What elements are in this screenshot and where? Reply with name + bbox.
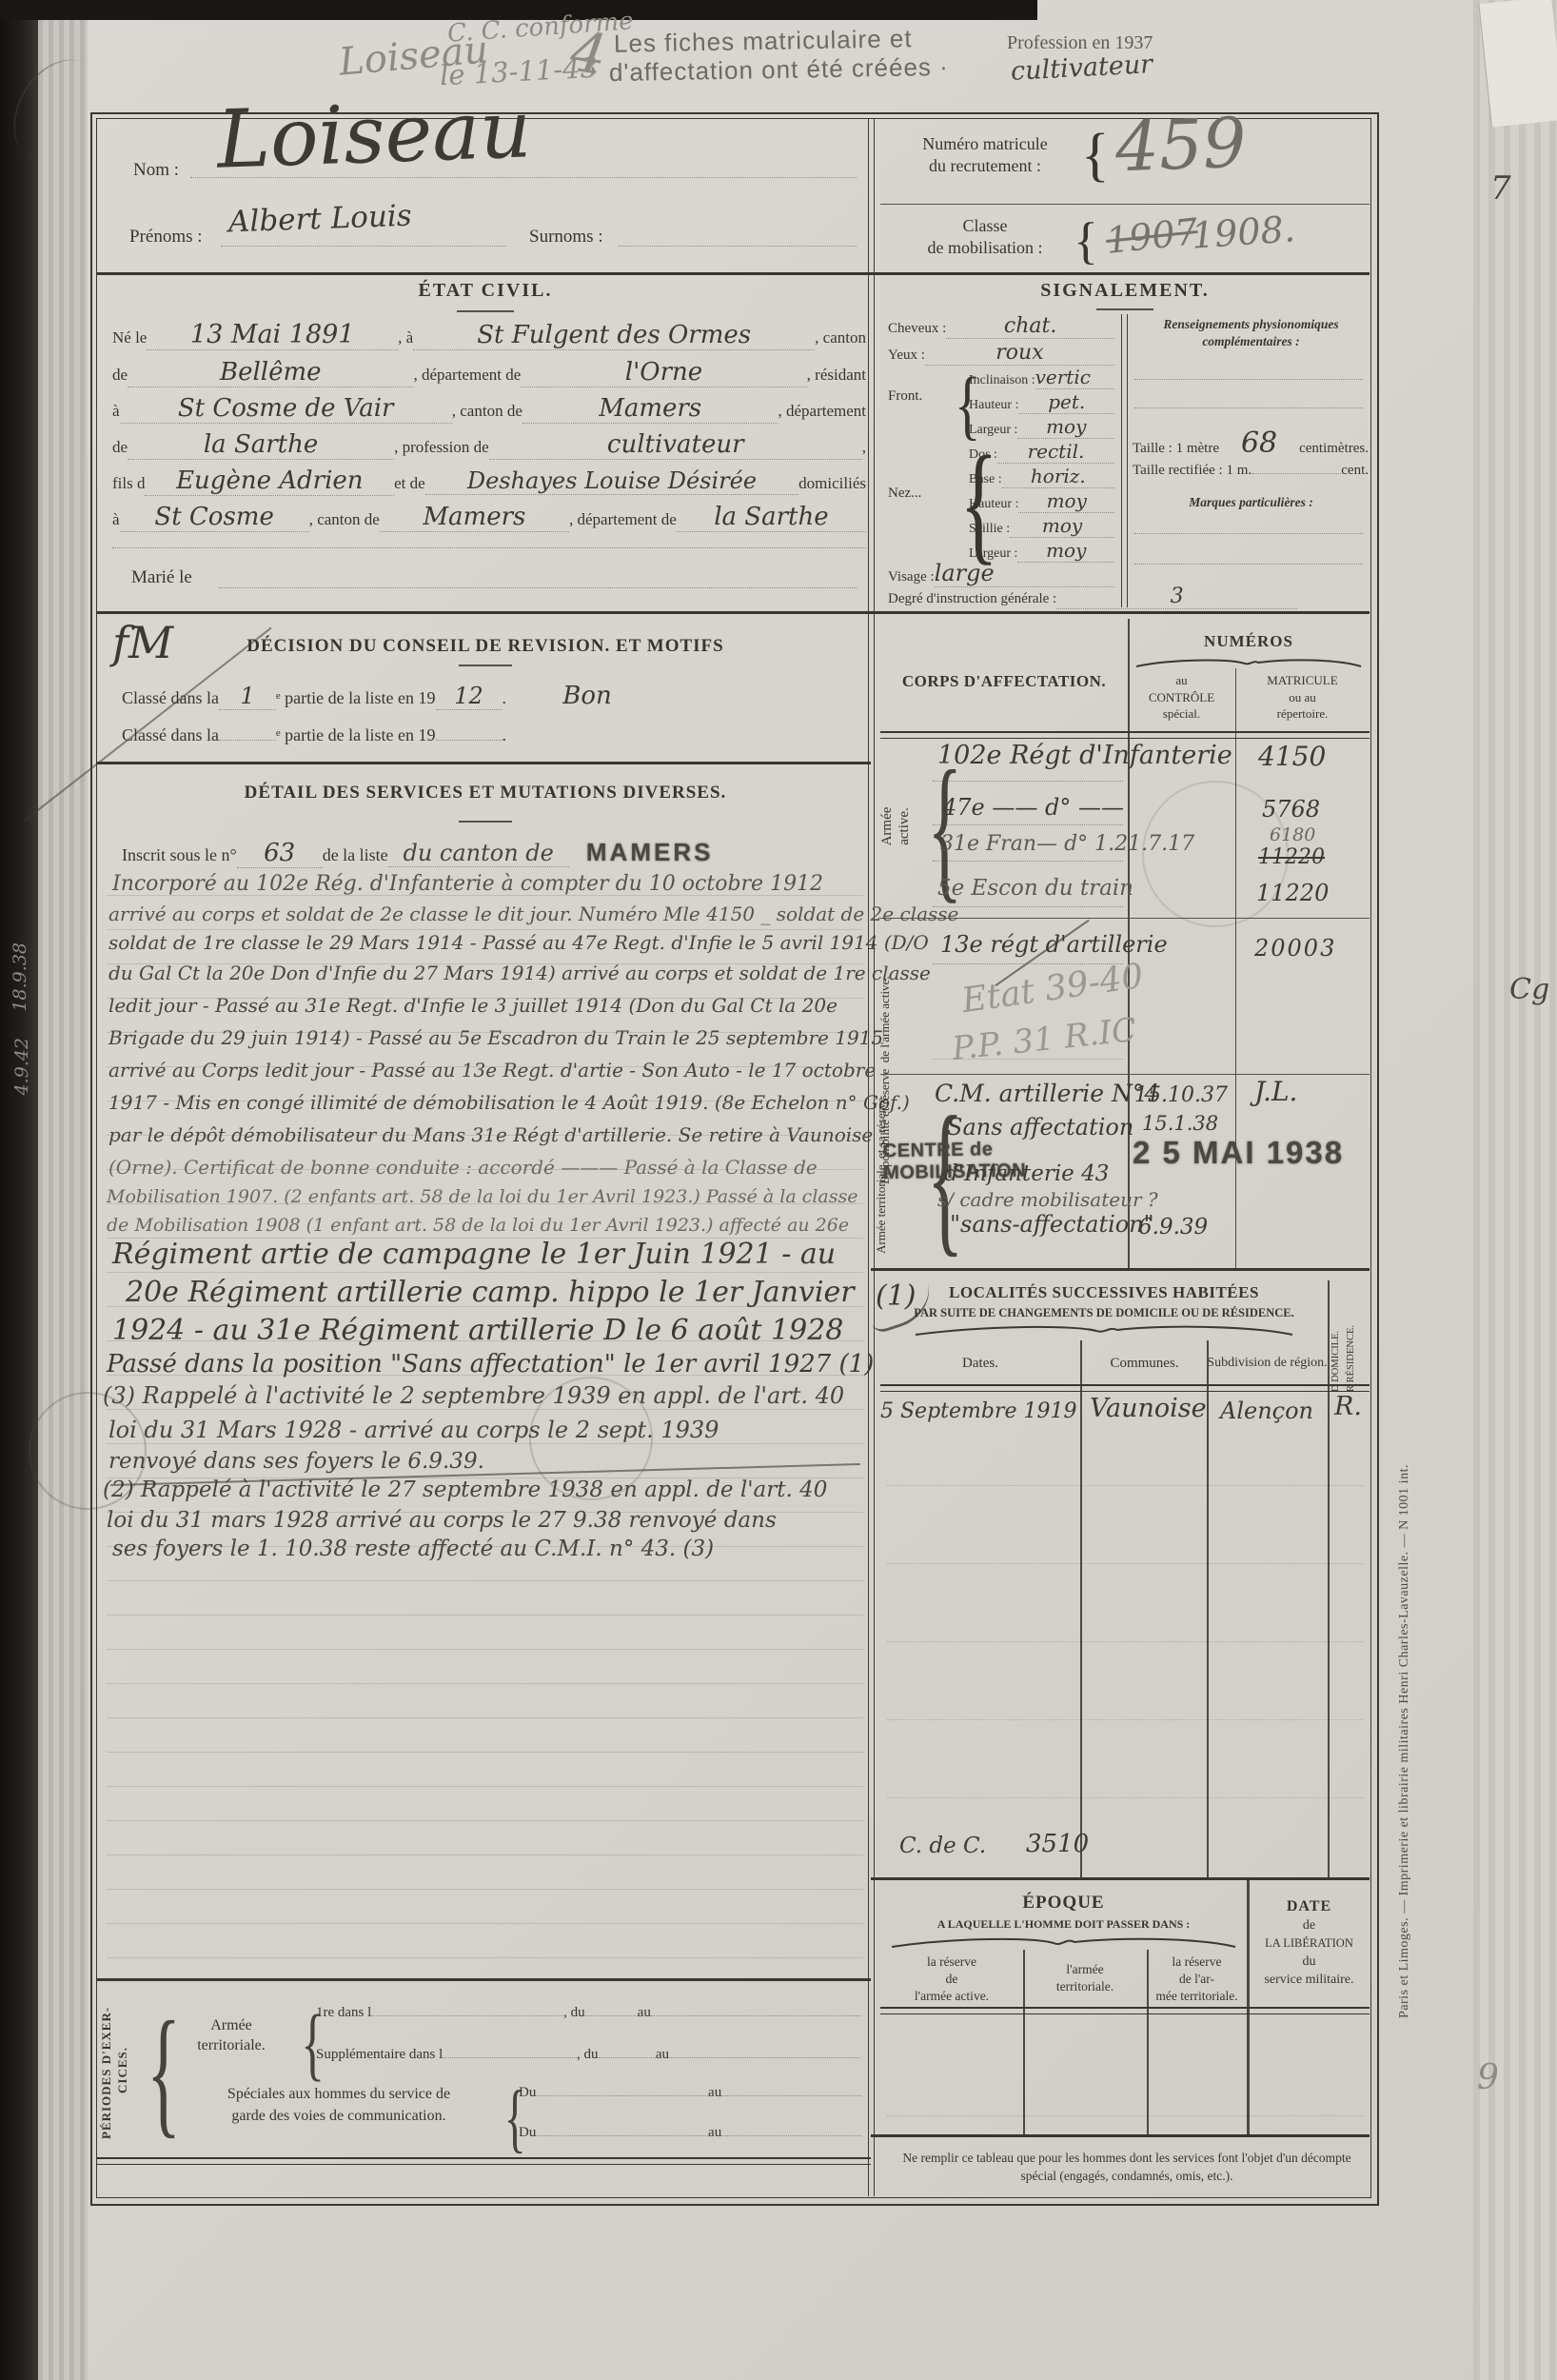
paper-corner [1478,0,1557,128]
blank [721,2135,861,2136]
dotted-line [1134,407,1363,408]
service-line: 1924 - au 31e Régiment artillerie D le 6… [112,1314,864,1347]
dotted-line [933,781,1123,782]
dotted-line [190,177,857,178]
service-line: 20e Régiment artillerie camp. hippo le 1… [126,1276,868,1309]
date-stamp-25-mai-1938: 2 5 MAI 1938 [1133,1135,1344,1171]
label: la réserve [927,1954,976,1969]
label: l'armée active. [915,1989,989,2003]
epoque-note: Ne remplir ce tableau que pour les homme… [893,2150,1361,2186]
localites-col-residence: R RÉSIDENCE. [1346,1287,1356,1392]
label: ou au [1289,690,1316,704]
label: ᵉ partie de la liste en 19 [276,725,436,745]
label: Inscrit sous le n° [122,845,237,865]
marques-label: Marques particulières : [1134,495,1368,510]
label: Base : [969,472,1002,487]
localites-col-dates: Dates. [880,1356,1080,1372]
table-line [1328,1280,1330,1877]
controle-subheader: au CONTRÔLE spécial. [1128,672,1235,723]
rule [871,1268,1370,1271]
renseignements-line2: complémentaires : [1202,334,1299,348]
label: centimètres. [1299,441,1369,457]
prenoms-label: Prénoms : [129,227,203,248]
inclinaison-value: vertic [1035,366,1114,389]
rule [96,611,1370,614]
periode-row-1: 1re dans l , du au [316,2005,860,2021]
service-line: loi du 31 Mars 1928 - arrivé au corps le… [108,1417,862,1443]
label: Hauteur : [969,497,1018,512]
label: Dos : [969,447,997,463]
label: DATE [1287,1898,1331,1914]
etat-civil-title: ÉTAT CIVIL. [109,280,861,302]
nom-value: Loiseau [215,82,532,186]
nez-saillie-row: Saillie : moy [969,514,1114,538]
dotted-line [219,587,857,588]
territoriale-row-label: C.M. artillerie N°4 [935,1080,1159,1107]
signalement-divider [1121,314,1128,607]
table-rule [880,2007,1370,2014]
label: Yeux : [888,347,925,364]
label: au [708,2085,721,2101]
birth-place: St Fulgent des Ormes [413,321,815,350]
service-line: 1917 - Mis en congé illimité de démobili… [108,1091,862,1114]
service-line: soldat de 1re classe le 29 Mars 1914 - P… [108,931,862,954]
matricule-subheader: MATRICULE ou au répertoire. [1235,672,1370,723]
service-line: arrivé au corps et soldat de 2e classe l… [108,902,862,925]
dotted-line [619,246,857,247]
dotted-line [933,824,1123,825]
label: , du [563,2005,585,2021]
label: , à [398,328,413,347]
annotation-big-number: 4 [566,19,610,88]
matricule-label: Numéro matricule du recrutement : [890,133,1080,176]
service-line: ses foyers le 1. 10.38 reste affecté au … [112,1537,864,1561]
base-value: horiz. [1002,465,1114,488]
localites-col-communes: Communes. [1080,1356,1209,1372]
classe-label-2: de mobilisation : [928,238,1043,257]
service-line: de Mobilisation 1908 (1 enfant art. 58 d… [107,1215,862,1236]
table-rule [880,1074,1370,1075]
label: , résidant [807,366,866,385]
label: Spéciales aux hommes du service de [227,2086,450,2102]
dotted-line [887,1719,1363,1720]
surnoms-label: Surnoms : [529,227,603,248]
services-intro-line: Inscrit sous le n° 63 de la liste du can… [122,838,864,868]
label: de l'ar- [1179,1972,1214,1986]
label: Degré d'instruction générale : [888,591,1056,607]
corps-row-num-top: 6180 [1270,824,1315,845]
visage-value: large [935,560,1114,587]
localites-subtitle: PAR SUITE DE CHANGEMENTS DE DOMICILE OU … [890,1306,1318,1320]
blank [536,2135,708,2136]
label: de [946,1972,958,1986]
liste-partie-value: 1 [219,683,276,710]
father-name: Eugène Adrien [145,466,394,496]
label: et de [394,474,425,493]
front-hauteur-value: pet. [1018,390,1114,414]
decision-line-1: Classé dans la 1 ᵉ partie de la liste en… [122,682,788,710]
service-line: Mobilisation 1907. (2 enfants art. 58 de… [107,1186,862,1207]
label: ᵉ partie de la liste en 19 [276,688,436,708]
etat-line-1: Né le 13 Mai 1891 , à St Fulgent des Orm… [112,320,866,350]
page-edge-right [1473,0,1557,2380]
decision-title: DÉCISION DU CONSEIL DE REVISION. ET MOTI… [109,636,861,657]
localites-row-dr: R. [1334,1392,1362,1421]
rule [871,1877,1370,1880]
corps-row-num-struck: 11220 [1258,845,1325,869]
label: de [112,438,128,457]
territoriale-row-date: 6.9.39 [1138,1215,1208,1240]
localites-col-domicile: D DOMICILE. [1330,1287,1341,1392]
service-line: Régiment artie de campagne le 1er Juin 1… [112,1238,864,1271]
nez-dos-row: Dos : rectil. [969,440,1114,464]
taille-row: Taille : 1 mètre 68 centimètres. [1133,426,1369,460]
renseignements-label: Renseignements physionomiques complément… [1134,316,1368,349]
margin-note-cg: Cg [1509,973,1549,1006]
margin-note-date1: 18.9.38 [10,942,30,1012]
corps-row-label: 47e —— d° —— [942,794,1124,821]
group-armee-active: Armée active. [878,774,913,879]
label: Classé dans la [122,725,219,745]
periode-row-2: Supplémentaire dans l , du au [316,2047,860,2063]
label: Né le [112,328,147,347]
label: répertoire. [1277,706,1329,721]
nez-base-row: Base : horiz. [969,465,1114,488]
numeros-header: NUMÉROS [1128,632,1370,651]
label: Hauteur : [969,398,1018,413]
territoriale-row-label: "sans-affectation" [950,1211,1154,1238]
localites-title: LOCALITÉS SUCCESSIVES HABITÉES [895,1283,1313,1302]
label: mée territoriale. [1155,1989,1237,2003]
label: , département de [569,510,677,529]
nez-hauteur-row: Hauteur : moy [969,489,1114,513]
corps-header: CORPS D'AFFECTATION. [880,672,1128,691]
localites-col-subdivision: Subdivision de région. [1203,1356,1331,1371]
title-dash [459,664,512,666]
corps-row-num: 5768 [1262,796,1320,823]
label: active. [897,807,912,845]
label: Supplémentaire dans l [316,2047,443,2063]
table-line [1147,1950,1149,2134]
blank [436,740,503,741]
brace-squiggle [890,1934,1237,1950]
front-label: Front. [888,388,922,405]
territoriale-row-init: J.L. [1254,1076,1297,1107]
degre-row: Degré d'instruction générale : 3 [888,585,1297,609]
dotted-line [887,1641,1363,1642]
service-line: Passé dans la position "Sans affectation… [107,1350,862,1378]
rule [96,762,871,764]
label: Taille rectifiée : 1 m. [1133,463,1252,479]
table-line [1235,668,1236,1268]
label: la réserve [1172,1954,1221,1969]
classe-label-1: Classe [963,216,1008,235]
label: garde des voies de communication. [231,2108,445,2124]
territoriale-row-label: d'Infanterie 43 [944,1161,1109,1186]
dotted-line [887,1797,1363,1798]
classe-label: Classe de mobilisation : [890,215,1080,258]
decision-line-2: Classé dans la ᵉ partie de la liste en 1… [122,725,655,745]
table-line [1023,1950,1025,2134]
label: , canton de [309,510,380,529]
label: CICES. [115,2048,129,2094]
etat-line-5: fils d Eugène Adrien et de Deshayes Loui… [112,466,866,496]
label: , canton de [452,402,522,421]
page-edge-left [38,0,88,2380]
label: CONTRÔLE [1149,690,1214,704]
label: , département de [413,366,521,385]
label: , département [778,402,866,421]
label: Inclinaison : [969,373,1035,388]
title-dash [457,310,514,312]
brace: { [1081,122,1110,189]
label: au [656,2047,669,2063]
label: fils d [112,474,145,493]
etat-line-6: à St Cosme , canton de Mamers , départem… [112,503,866,532]
dotted-line [887,1485,1363,1486]
margin-note-7: 7 [1490,169,1511,208]
liste-numero-value: 63 [237,839,323,868]
dotted-line [887,1563,1363,1564]
label: de [1303,1918,1315,1933]
service-line: (3) Rappelé à l'activité le 2 septembre … [103,1382,862,1409]
classe-new-value: 1908. [1191,208,1297,256]
blank [1252,473,1341,474]
label: , [862,438,866,457]
label: , profession de [394,438,489,457]
brace-squiggle [914,1323,1294,1337]
dotted-line [112,547,866,548]
table-rule [880,1384,1370,1392]
service-line: arrivé au Corps ledit jour - Passé au 13… [108,1059,862,1081]
front-largeur-value: moy [1017,415,1114,439]
label: au [1175,673,1187,687]
label: . [503,725,507,745]
taille-value: 68 [1219,426,1299,460]
service-line: par le dépôt démobilisateur du Mans 31e … [108,1123,862,1146]
label: PÉRIODES D'EXER- [99,2007,113,2139]
epoque-col2: l'armée territoriale. [1023,1961,1147,1995]
dotted-line [887,2115,1363,2116]
epoque-subtitle: A LAQUELLE L'HOMME DOIT PASSER DANS : [880,1917,1247,1932]
label: territoriale. [1056,1979,1114,1993]
localites-row-date: 5 Septembre 1919 [880,1399,1077,1423]
matricule-value: 459 [1114,103,1248,188]
label: au [638,2005,651,2021]
blank [651,2015,860,2016]
visage-row: Visage : large [888,560,1114,587]
degre-value: 3 [1056,585,1297,609]
label: Saillie : [969,522,1010,537]
service-line: Incorporé au 102e Rég. d'Infanterie à co… [112,872,864,896]
label: à [112,402,120,421]
epoque-date-block: DATE de LA LIBÉRATION du service militai… [1249,1896,1370,1989]
birth-date: 13 Mai 1891 [147,320,398,350]
label: , canton [815,328,866,347]
margin-note-date2: 4.9.42 [11,1038,32,1095]
blank [443,2057,577,2058]
cheveux-value: chat. [946,314,1114,339]
residence: St Cosme de Vair [120,394,452,424]
created-stamp-line2: d'affectation ont été créées · [609,52,949,88]
matricule-label-2: du recrutement : [929,156,1041,175]
territoriale-row-date: 15.10.37 [1134,1083,1228,1107]
service-line: Brigade du 29 juin 1914) - Passé au 5e E… [108,1026,862,1049]
territoriale-row-date: 15.1.38 [1142,1112,1218,1135]
rule [880,204,1370,205]
dotted-line [221,246,506,247]
corps-row-label: 5e Escon du train [937,876,1133,901]
scanned-military-record-page: C. C. conforme Loiseau le 13-11-43 4 Les… [0,0,1557,2380]
dotted-line [1134,564,1363,565]
periode-row-3: Du au [519,2085,861,2101]
dotted-line [1134,533,1363,534]
dotted-line [1134,379,1363,380]
service-line: (Orne). Certificat de bonne conduite : a… [108,1156,862,1179]
corps-row-num: 4150 [1258,741,1326,772]
services-title: DÉTAIL DES SERVICES ET MUTATIONS DIVERSE… [109,783,861,803]
canton-residence: Mamers [522,394,778,424]
epoque-col3: la réserve de l'ar- mée territoriale. [1147,1954,1247,2006]
yeux-value: roux [925,341,1114,366]
label: spécial. [1163,706,1200,721]
blank [585,2015,638,2016]
label: du [1303,1954,1316,1969]
label: Du [519,2085,536,2101]
signalement-title: SIGNALEMENT. [880,280,1370,302]
margin-note-9: 9 [1477,2058,1499,2097]
label: l'armée [1066,1962,1103,1976]
corps-row-num: 11220 [1256,880,1329,906]
canton: Bellême [128,358,413,387]
periodes-label: PÉRIODES D'EXER- CICES. [99,1999,131,2142]
nez-hauteur-value: moy [1018,489,1114,513]
marie-label: Marié le [131,567,192,588]
departement-residence: la Sarthe [128,430,394,460]
nom-label: Nom : [133,160,179,181]
saillie-value: moy [1010,514,1114,538]
corps-row-label: 31e Fran— d° 1.21.7.17 [940,832,1194,856]
label: de [112,366,128,385]
corps-row-num: 20003 [1254,935,1336,962]
localites-row-subdivision: Alençon [1220,1398,1313,1424]
corps-row-label: 102e Régt d'Infanterie [937,741,1232,770]
profession-1937-value: cultivateur [1010,50,1153,87]
title-dash [1096,308,1153,310]
blank [371,2015,563,2016]
cdec-label: C. de C. [899,1834,986,1858]
label: à [112,510,120,529]
label: Armée [210,2017,252,2033]
title-dash [459,821,512,823]
profession: cultivateur [489,430,862,460]
parents-canton: Mamers [380,503,569,532]
label: domiciliés [798,474,866,493]
rule [96,1978,871,1981]
renseignements-line1: Renseignements physionomiques [1163,317,1338,331]
parents-departement: la Sarthe [677,503,866,532]
nez-label: Nez... [888,486,921,502]
printer-imprint: Paris et Limoges. — Imprimerie et librai… [1397,324,1412,2018]
localites-row-commune: Vaunoise [1090,1394,1207,1423]
blank [536,2095,708,2096]
periode-row-4: Du au [519,2125,861,2141]
blank [721,2095,861,2096]
cheveux-row: Cheveux : chat. [888,314,1114,339]
label: de la liste [323,845,388,865]
epoque-col1: la réserve de l'armée active. [880,1954,1023,2006]
label: territoriale. [197,2037,266,2053]
cdec-value: 3510 [1026,1830,1089,1858]
table-rule [880,918,1370,919]
label: cent. [1341,463,1369,479]
parents-domicile: St Cosme [120,503,309,532]
front-inclinaison-row: Inclinaison : vertic [969,366,1114,389]
label: Armée [879,807,895,846]
label: au [708,2125,721,2141]
label: LA LIBÉRATION [1265,1936,1353,1950]
territoriale-row-label: s/ cadre mobilisateur ? [937,1188,1158,1211]
epoque-title: ÉPOQUE [880,1893,1247,1914]
liste-annee-value: 12 [436,683,503,710]
brace: { [147,1990,181,2153]
service-line: loi du 31 mars 1928 arrivé au corps le 2… [107,1508,862,1533]
brace-squiggle [1134,657,1363,668]
liste-canton-value: du canton de [388,840,569,867]
armee-territoriale-label: Armée territoriale. [169,2016,293,2056]
blank [669,2057,860,2058]
speciales-label: Spéciales aux hommes du service de garde… [168,2083,510,2127]
label: Taille : 1 mètre [1133,441,1219,457]
dotted-line [933,861,1123,862]
rule [96,272,1370,275]
book-binding [0,0,38,2380]
label: , du [577,2047,599,2063]
yeux-row: Yeux : roux [888,341,1114,366]
dotted-line [933,906,1123,907]
label: de l'armée active. [877,977,892,1063]
brace: { [1074,211,1098,270]
dos-value: rectil. [997,440,1114,464]
service-line: ledit jour - Passé au 31e Regt. d'Infie … [108,994,862,1017]
front-hauteur-row: Hauteur : pet. [969,390,1114,414]
blank [219,740,276,741]
mother-name: Deshayes Louise Désirée [425,467,798,495]
rule [871,2134,1370,2137]
etat-line-2: de Bellême , département de l'Orne , rés… [112,358,866,387]
departement: l'Orne [521,358,806,387]
label: Classé dans la [122,688,219,708]
etat-line-3: à St Cosme de Vair , canton de Mamers , … [112,394,866,424]
blank [599,2057,656,2058]
decision-motif-value: Bon [506,682,668,710]
mamers-stamp: MAMERS [569,838,731,867]
label: 1re dans l [316,2005,371,2021]
matricule-label-1: Numéro matricule [922,134,1047,153]
service-line: renvoyé dans ses foyers le 6.9.39. [108,1449,862,1474]
taille-rectifiee-row: Taille rectifiée : 1 m. cent. [1133,463,1369,479]
etat-line-4: de la Sarthe , profession de cultivateur… [112,430,866,460]
service-line: du Gal Ct la 20e Don d'Infie du 27 Mars … [108,962,862,984]
label: Visage : [888,569,935,585]
prenoms-value: Albert Louis [227,199,412,240]
label: Du [519,2125,536,2141]
table-rule [96,2157,871,2165]
label: Cheveux : [888,321,946,337]
label: service militaire. [1264,1973,1353,1987]
label: MATRICULE [1267,673,1337,687]
